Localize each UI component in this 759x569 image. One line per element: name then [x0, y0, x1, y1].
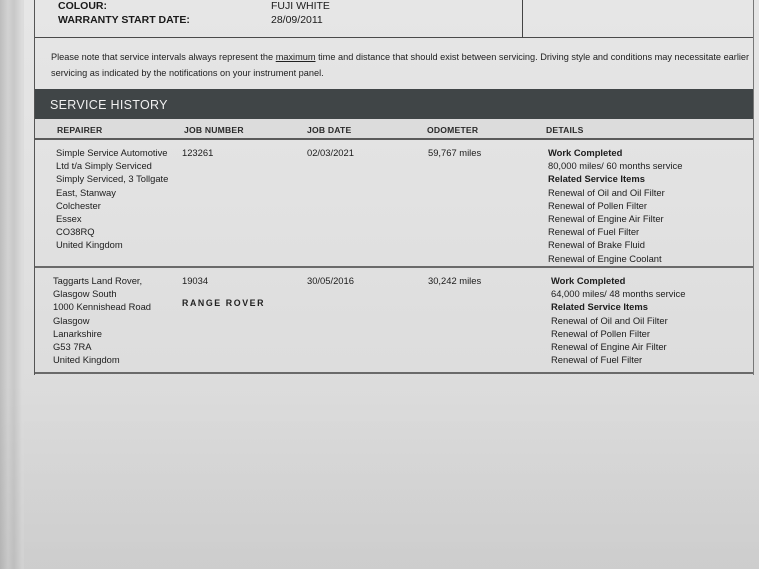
brand-logo-text: RANGE ROVER — [182, 297, 265, 310]
related-service-item: Renewal of Pollen Filter — [551, 327, 685, 340]
warranty-label: WARRANTY START DATE: — [58, 14, 190, 26]
odometer-reading: 30,242 miles — [428, 274, 481, 287]
job-number-cell: 19034RANGE ROVER — [182, 274, 265, 310]
repairer-address-line: 1000 Kennishead Road — [53, 300, 151, 313]
section-title: SERVICE HISTORY — [50, 98, 168, 112]
repairer-address-line: Colchester — [56, 199, 168, 212]
work-completed-value: 64,000 miles/ 48 months service — [551, 287, 685, 300]
repairer-address-line: Simple Service Automotive — [56, 146, 168, 159]
job-number: 123261 — [182, 146, 213, 159]
vehicle-info-section: COLOUR: FUJI WHITE WARRANTY START DATE: … — [35, 0, 753, 38]
repairer-address-line: Taggarts Land Rover, — [53, 274, 151, 287]
column-header-job-date: JOB DATE — [307, 125, 351, 135]
job-number: 19034 — [182, 274, 265, 287]
table-row: Taggarts Land Rover,Glasgow South1000 Ke… — [35, 268, 753, 374]
details-cell: Work Completed64,000 miles/ 48 months se… — [551, 274, 685, 366]
service-interval-note: Please note that service intervals alway… — [51, 49, 751, 81]
related-service-item: Renewal of Brake Fluid — [548, 238, 682, 251]
column-header-details: DETAILS — [546, 125, 584, 135]
related-service-item: Renewal of Fuel Filter — [551, 353, 685, 366]
repairer-address-line: East, Stanway — [56, 186, 168, 199]
related-items-label: Related Service Items — [551, 300, 685, 313]
odometer-reading: 59,767 miles — [428, 146, 481, 159]
note-emphasis: maximum — [276, 52, 316, 62]
repairer-address-line: Ltd t/a Simply Serviced — [56, 159, 168, 172]
work-completed-label: Work Completed — [551, 274, 685, 287]
warranty-value: 28/09/2011 — [271, 14, 323, 26]
repairer-address-line: Glasgow — [53, 314, 151, 327]
column-header-repairer: REPAIRER — [57, 125, 102, 135]
work-completed-label: Work Completed — [548, 146, 682, 159]
repairer-address-line: G53 7RA — [53, 340, 151, 353]
colour-label: COLOUR: — [58, 0, 107, 12]
related-service-item: Renewal of Oil and Oil Filter — [551, 314, 685, 327]
service-history-banner: SERVICE HISTORY — [35, 89, 753, 119]
work-completed-value: 80,000 miles/ 60 months service — [548, 159, 682, 172]
odometer-cell: 59,767 miles — [428, 146, 481, 159]
repairer-address-line: Glasgow South — [53, 287, 151, 300]
job-date: 30/05/2016 — [307, 274, 354, 287]
related-service-item: Renewal of Fuel Filter — [548, 225, 682, 238]
colour-value: FUJI WHITE — [271, 0, 330, 12]
colour-row: COLOUR: FUJI WHITE — [58, 0, 107, 12]
column-header-odometer: ODOMETER — [427, 125, 478, 135]
repairer-address-line: Essex — [56, 212, 168, 225]
related-service-item: Renewal of Pollen Filter — [548, 199, 682, 212]
related-service-item: Renewal of Engine Air Filter — [551, 340, 685, 353]
document-sheet: COLOUR: FUJI WHITE WARRANTY START DATE: … — [24, 0, 759, 569]
job-date-cell: 30/05/2016 — [307, 274, 354, 287]
table-row: Simple Service AutomotiveLtd t/a Simply … — [35, 140, 753, 268]
odometer-cell: 30,242 miles — [428, 274, 481, 287]
note-text-before: Please note that service intervals alway… — [51, 52, 276, 62]
job-date: 02/03/2021 — [307, 146, 354, 159]
repairer-cell: Taggarts Land Rover,Glasgow South1000 Ke… — [53, 274, 151, 366]
related-service-item: Renewal of Engine Coolant — [548, 252, 682, 265]
table-header: REPAIRER JOB NUMBER JOB DATE ODOMETER DE… — [35, 119, 753, 140]
column-header-job-number: JOB NUMBER — [184, 125, 244, 135]
repairer-address-line: Simply Serviced, 3 Tollgate — [56, 172, 168, 185]
service-record-frame: COLOUR: FUJI WHITE WARRANTY START DATE: … — [34, 0, 754, 375]
repairer-address-line: CO38RQ — [56, 225, 168, 238]
details-cell: Work Completed80,000 miles/ 60 months se… — [548, 146, 682, 265]
related-service-item: Renewal of Engine Air Filter — [548, 212, 682, 225]
info-divider — [522, 0, 523, 38]
warranty-row: WARRANTY START DATE: 28/09/2011 — [58, 14, 190, 26]
job-number-cell: 123261 — [182, 146, 213, 159]
related-service-item: Renewal of Oil and Oil Filter — [548, 186, 682, 199]
related-items-label: Related Service Items — [548, 172, 682, 185]
repairer-cell: Simple Service AutomotiveLtd t/a Simply … — [56, 146, 168, 252]
repairer-address-line: United Kingdom — [56, 238, 168, 251]
job-date-cell: 02/03/2021 — [307, 146, 354, 159]
repairer-address-line: Lanarkshire — [53, 327, 151, 340]
repairer-address-line: United Kingdom — [53, 353, 151, 366]
